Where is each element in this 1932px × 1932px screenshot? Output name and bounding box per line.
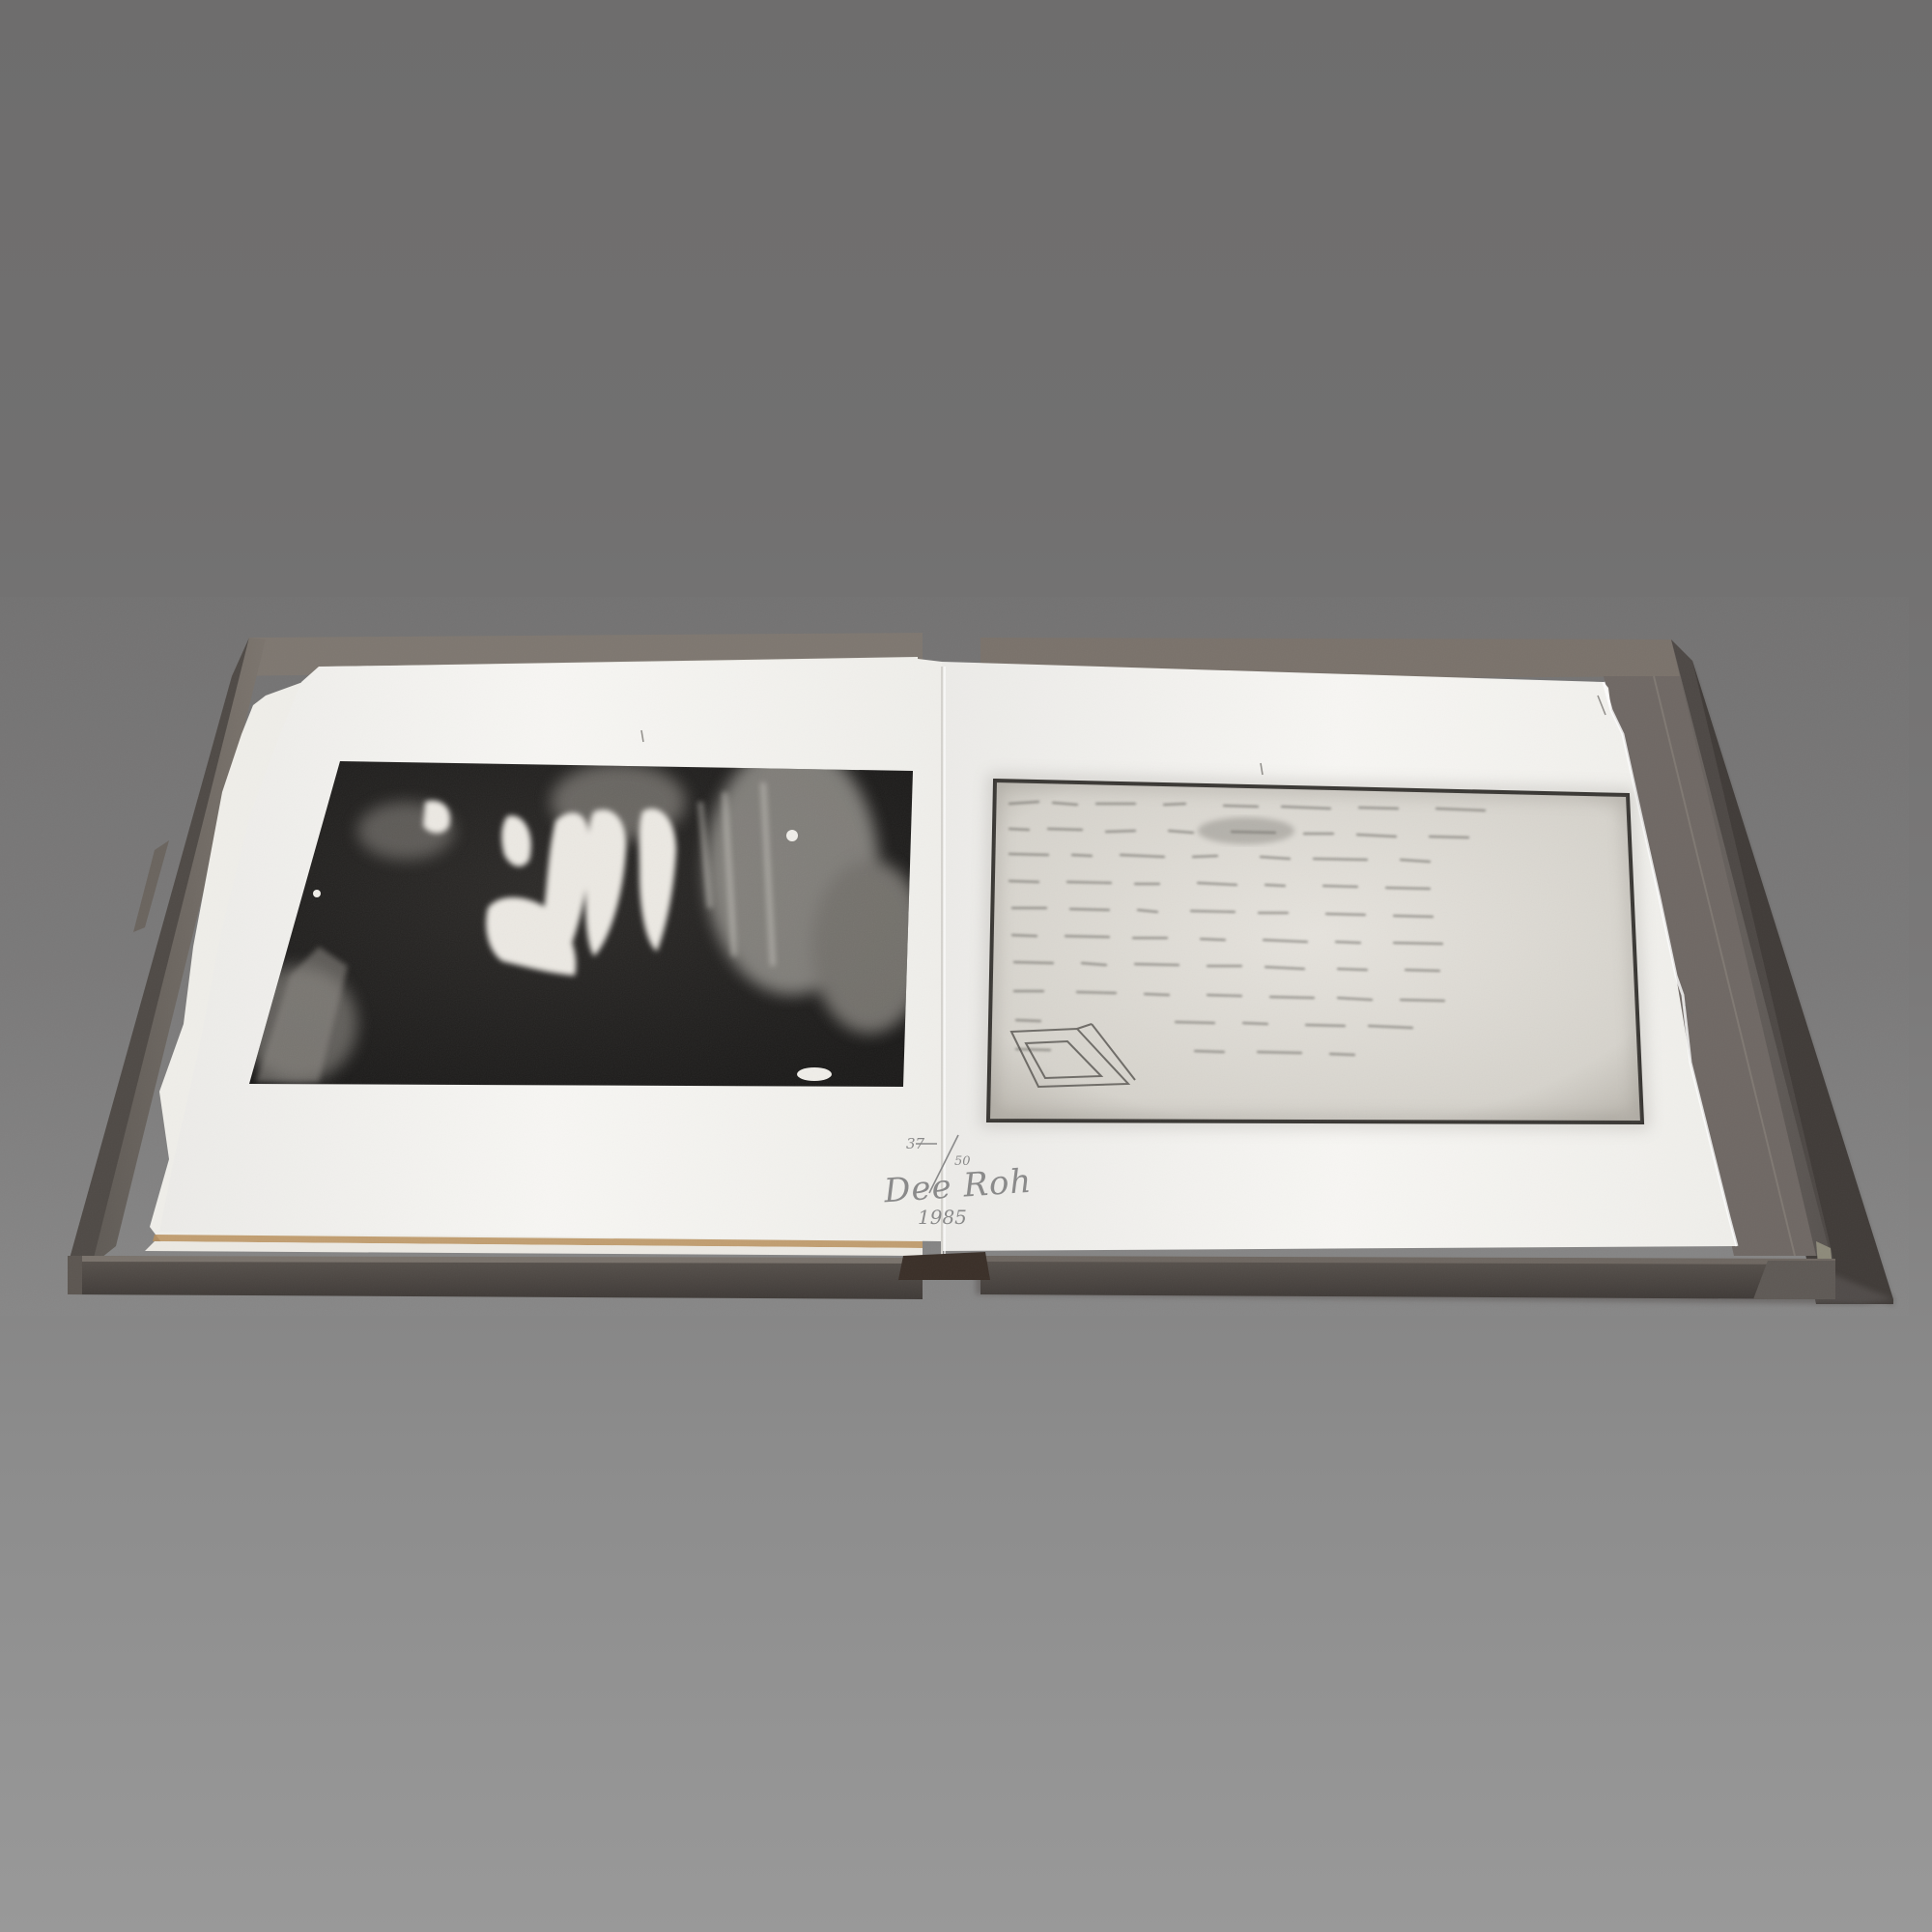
left-print <box>241 744 927 1092</box>
right-print <box>985 773 1652 1130</box>
photo-scene <box>0 0 1932 1932</box>
portfolio-box-illustration <box>0 0 1932 1932</box>
